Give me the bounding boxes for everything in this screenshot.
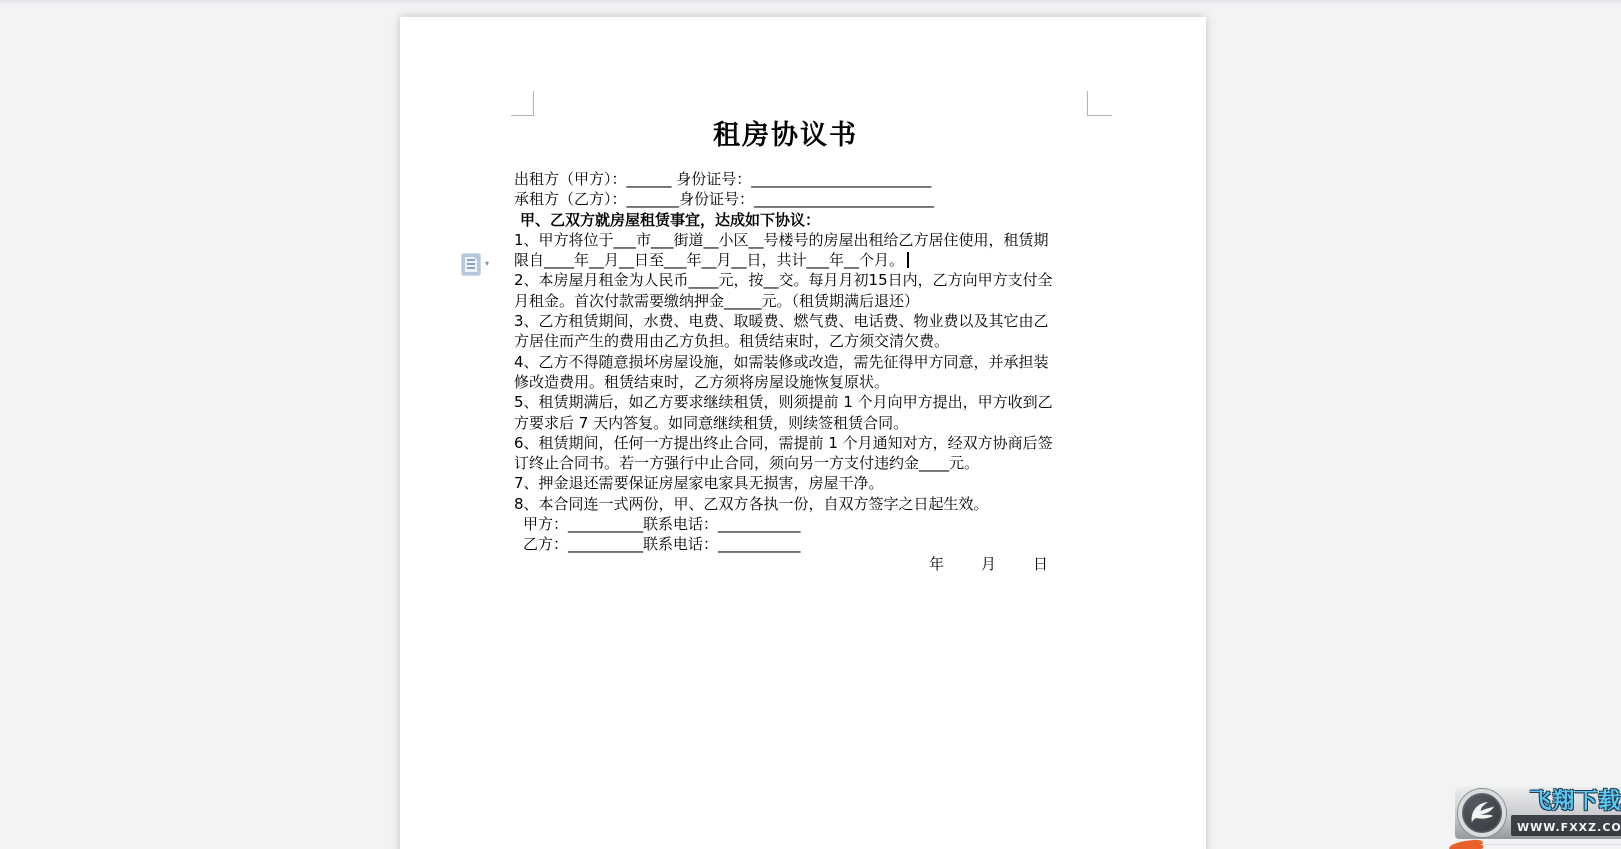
document-title: 租房协议书 bbox=[514, 113, 1057, 152]
signature-line-party-b: 乙方：__________联系电话：___________ bbox=[514, 534, 1057, 554]
preamble-line: 甲、乙双方就房屋租赁事宜，达成如下协议： bbox=[514, 210, 1057, 230]
contract-clause-5: 5、租赁期满后，如乙方要求继续租赁，则须提前 1 个月向甲方提出，甲方收到乙方要… bbox=[514, 392, 1057, 433]
document-page: 租房协议书 出租方（甲方）：______ 身份证号：______________… bbox=[400, 17, 1206, 849]
document-content[interactable]: 出租方（甲方）：______ 身份证号：____________________… bbox=[514, 169, 1057, 574]
paste-options-button[interactable]: ▾ bbox=[462, 251, 504, 277]
date-day-label: 日 bbox=[1033, 554, 1048, 574]
watermark-accent-swoosh bbox=[1448, 839, 1483, 849]
party-a-line: 出租方（甲方）：______ 身份证号：____________________… bbox=[514, 169, 1057, 189]
party-b-line: 承租方（乙方）：_______身份证号：____________________… bbox=[514, 189, 1057, 209]
contract-clause-7: 7、押金退还需要保证房屋家电家具无损害，房屋干净。 bbox=[514, 473, 1057, 493]
contract-clause-1: 1、甲方将位于___市___街道__小区__号楼号的房屋出租给乙方居住使用，租赁… bbox=[514, 230, 1057, 271]
chevron-down-icon: ▾ bbox=[485, 260, 489, 268]
contract-clause-4: 4、乙方不得随意损坏房屋设施，如需装修或改造，需先征得甲方同意，并承担装修改造费… bbox=[514, 352, 1057, 393]
brand-logo-icon bbox=[1458, 789, 1506, 837]
contract-clause-3: 3、乙方租赁期间，水费、电费、取暖费、燃气费、电话费、物业费以及其它由乙方居住而… bbox=[514, 311, 1057, 352]
date-month-label: 月 bbox=[981, 554, 996, 574]
window-top-edge bbox=[0, 0, 1621, 6]
bottom-divider-line bbox=[1481, 844, 1621, 845]
contract-clause-6: 6、租赁期间，任何一方提出终止合同，需提前 1 个月通知对方，经双方协商后签订终… bbox=[514, 433, 1057, 474]
contract-clause-8: 8、本合同连一式两份，甲、乙双方各执一份，自双方签字之日起生效。 bbox=[514, 494, 1057, 514]
text-cursor bbox=[907, 252, 909, 268]
watermark-url-text: WWW.FXXZ.COM bbox=[1517, 821, 1621, 834]
watermark-texts: 飞翔下载 WWW.FXXZ.COM bbox=[1511, 790, 1621, 836]
date-line: 年 月 日 bbox=[514, 554, 1057, 574]
paste-options-icon bbox=[462, 254, 480, 275]
watermark-url-bar: WWW.FXXZ.COM bbox=[1511, 815, 1621, 836]
clause-text: 1、甲方将位于___市___街道__小区__号楼号的房屋出租给乙方居住使用，租赁… bbox=[514, 231, 1049, 269]
watermark-brand-text: 飞翔下载 bbox=[1529, 790, 1621, 814]
signature-line-party-a: 甲方：__________联系电话：___________ bbox=[514, 514, 1057, 534]
bird-glyph bbox=[1472, 802, 1494, 823]
desktop-canvas: { "document": { "title": "租房协议书", "party… bbox=[0, 0, 1621, 849]
date-year-label: 年 bbox=[929, 554, 944, 574]
contract-clause-2: 2、本房屋月租金为人民币____元，按__交。每月月初15日内，乙方向甲方支付全… bbox=[514, 270, 1057, 311]
watermark-badge: 飞翔下载 WWW.FXXZ.COM bbox=[1455, 787, 1621, 839]
margin-crop-mark-right bbox=[1087, 91, 1112, 116]
